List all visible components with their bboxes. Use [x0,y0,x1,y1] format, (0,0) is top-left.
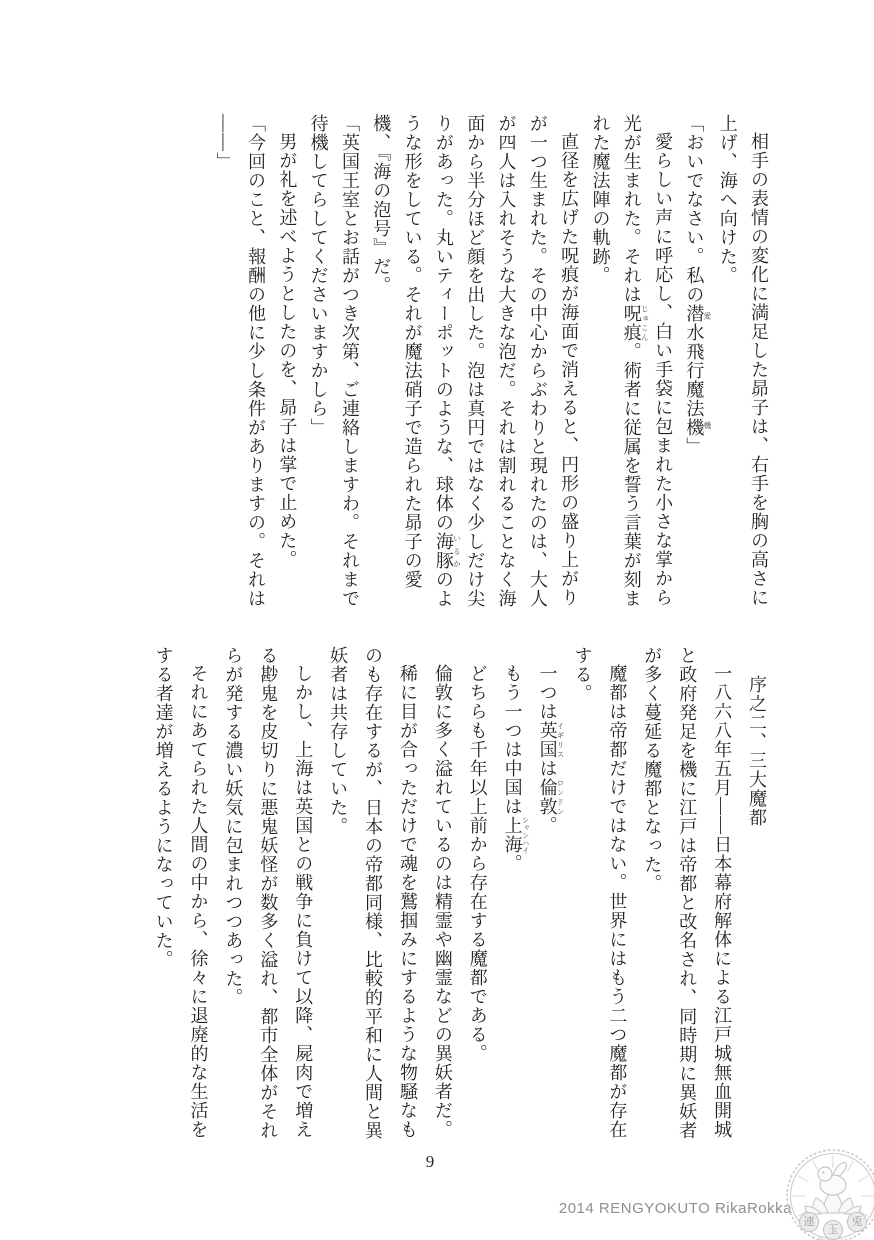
paragraph: 直径を広げた呪痕が海面で消えると、円形の盛り上がりが一つ生まれた。その中心からぶ… [365,114,584,620]
paragraph: もう一つは中国は上海シャンハイ。 [495,646,530,1140]
ruby-annotated-word: 潜水飛行魔法機愛機 [684,304,704,437]
paragraph: 相手の表情の変化に満足した昴子は、右手を胸の高さに上げ、海へ向けた。 [711,114,774,620]
paragraph: 一八六八年五月――日本幕府解体による江戸城無血開城と政府発足を機に江戸は帝都と改… [634,646,739,1140]
story-text-top: 相手の表情の変化に満足した昴子は、右手を胸の高さに上げ、海へ向けた。「おいでなさ… [208,114,774,620]
paragraph: どちらも千年以上前から存在する魔都である。 [460,646,495,1140]
paragraph: 稀に目が合っただけで魂を鷲掴みにするような物騒なものも存在するが、日本の帝都同様… [320,646,425,1140]
ruby-annotated-word: 倫敦ロンドン [538,778,558,816]
paragraph: 男が礼を述べようとしたのを、昴子は掌で止めた。 [271,114,302,620]
story-text-bottom: 序之二、三大魔都一八六八年五月――日本幕府解体による江戸城無血開城と政府発足を機… [146,646,774,1140]
ruby-annotated-word: 上海シャンハイ [503,816,523,854]
paragraph: 一つは英国イギリスは倫敦ロンドン。 [530,646,565,1140]
paragraph: 魔都は帝都だけではない。世界にはもう二つ魔都が存在する。 [565,646,635,1140]
paragraph: それにあてられた人間の中から、徐々に退廃的な生活をする者達が増えるようになってい… [146,646,216,1140]
section-heading: 序之二、三大魔都 [739,646,774,1140]
ruby-annotated-word: 英国イギリス [538,721,558,759]
page-number: 9 [0,1152,860,1172]
book-page: 相手の表情の変化に満足した昴子は、右手を胸の高さに上げ、海へ向けた。「おいでなさ… [0,0,874,1240]
ruby-annotated-word: 海豚いるか [434,532,454,570]
medallion-to-kanji: 兎 [852,1214,863,1228]
paragraph: 倫敦に多く溢れているのは精霊や幽霊などの異妖者だ。 [425,646,460,1140]
paragraph: 「おいでなさい。私の潜水飛行魔法機愛機」 [678,114,711,620]
paragraph: 愛らしい声に呼応し、白い手袋に包まれた小さな掌から光が生まれた。それは呪痕じゅこ… [584,114,678,620]
rabbit-lotus-seal: 連 玉 兎 Ren Gyoku To [783,1146,874,1240]
paragraph: しかし、上海は英国との戦争に負けて以降、屍肉で増える尠鬼を皮切りに悪鬼妖怪が数多… [216,646,321,1140]
medallion-gyoku-kanji: 玉 [828,1223,839,1236]
copyright-credit: 2014 RENGYOKUTO RikaRokka [559,1200,792,1217]
ruby-annotated-word: 呪痕じゅこん [622,304,642,342]
paragraph: 「英国王室とお話がつき次第、ご連絡しますわ。それまで待機してらしてくださいますか… [302,114,365,620]
medallion-ren-kanji: 連 [804,1214,815,1228]
paragraph: 「今回のこと、報酬の他に少し条件がありますの。それは――」 [208,114,271,620]
